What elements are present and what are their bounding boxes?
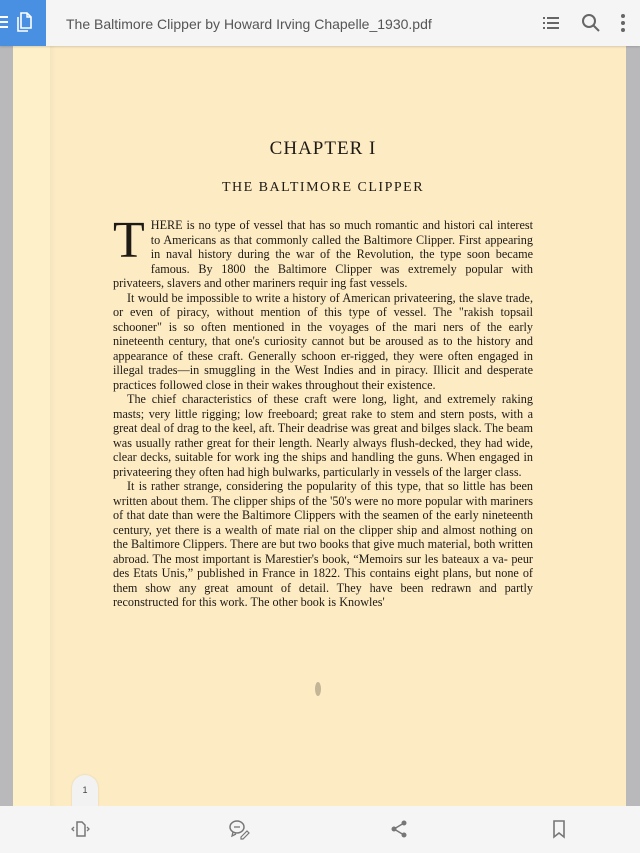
file-copy-icon[interactable] — [16, 11, 32, 38]
table-of-contents-icon[interactable] — [540, 12, 562, 34]
paragraph-text: HERE is no type of vessel that has so mu… — [113, 218, 533, 290]
paragraph: It is rather strange, considering the po… — [113, 479, 533, 610]
menu-icon[interactable] — [0, 16, 8, 28]
drop-cap: T — [113, 220, 145, 262]
page-flip-icon[interactable] — [69, 818, 91, 840]
pdf-page[interactable]: CHAPTER I THE BALTIMORE CLIPPER THERE is… — [13, 46, 626, 806]
chapter-heading: CHAPTER I — [113, 138, 533, 160]
page-scan-mark — [315, 682, 321, 696]
bottom-toolbar — [0, 806, 640, 853]
paragraph: The chief characteristics of these craft… — [113, 392, 533, 479]
app-bar: The Baltimore Clipper by Howard Irving C… — [0, 0, 640, 46]
page-number-handle[interactable]: 1 — [72, 775, 98, 809]
search-icon[interactable] — [580, 12, 602, 34]
document-title: The Baltimore Clipper by Howard Irving C… — [66, 0, 432, 46]
page-shadow — [50, 46, 56, 806]
bookmark-icon[interactable] — [548, 818, 570, 840]
comment-edit-icon[interactable] — [228, 818, 250, 840]
paragraph: THERE is no type of vessel that has so m… — [113, 218, 533, 291]
more-vert-icon[interactable] — [612, 12, 634, 34]
chapter-title: THE BALTIMORE CLIPPER — [113, 180, 533, 196]
nav-panel-button[interactable] — [0, 0, 46, 46]
page-binding-band — [13, 46, 50, 806]
paragraph: It would be impossible to write a histor… — [113, 291, 533, 393]
page-content: CHAPTER I THE BALTIMORE CLIPPER THERE is… — [113, 136, 533, 610]
page-number: 1 — [82, 785, 87, 795]
share-icon[interactable] — [388, 818, 410, 840]
chapter-body: THERE is no type of vessel that has so m… — [113, 218, 533, 610]
